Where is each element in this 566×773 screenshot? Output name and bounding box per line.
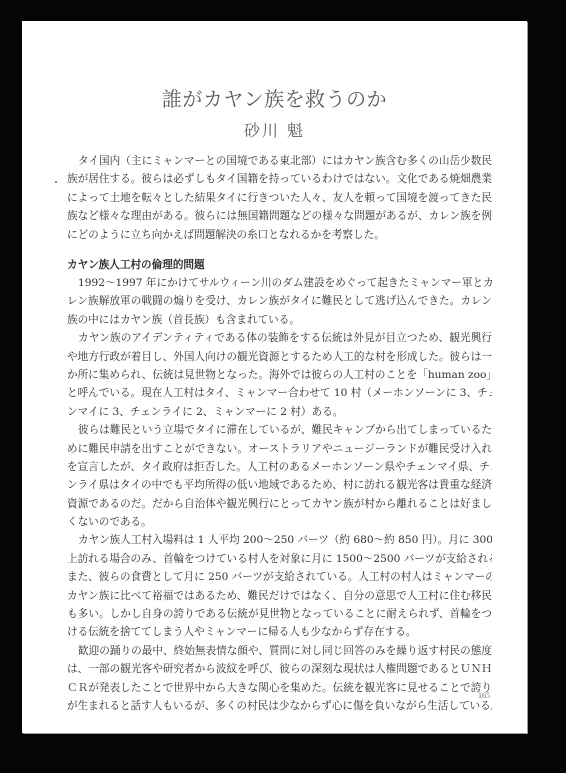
body-line: カヤン族人工村入場料は 1 人平均 200～250 バーツ（約 680～約 85… [67, 531, 492, 549]
body-line: カヤン族に比べて裕福ではあるため、難民だけではなく、自分の意思で人工村に住む移民 [67, 587, 492, 605]
abstract-line: 族など様々な理由がある。彼らには無国籍問題などの様々な問題があるが、カレン族を例 [67, 207, 492, 225]
body-line: 歓迎の踊りの最中、終始無表情な顔や、質問に対し同じ回答のみを繰り返す村民の態度 [67, 642, 492, 660]
body-line: は、一部の観光客や研究者から波紋を呼び、彼らの深刻な現状は人権問題であるとＵＮＨ [67, 660, 492, 678]
abstract-line: によって土地を転々とした結果タイに行きついた人々、友人を頼って国境を渡ってきた民 [67, 189, 492, 207]
author-name: 砂川 魁 [22, 121, 527, 141]
body-line: 上訪れる場合のみ、首輪をつけている村人を対象に月に 1500～2500 バーツが… [67, 550, 492, 568]
document-page: 誰がカヤン族を救うのか 砂川 魁 タイ国内（主にミャンマーとの国境である東北部）… [22, 21, 527, 733]
body-line: 彼らは難民という立場でタイに滞在しているが、難民キャンプから出てしまっているた [67, 421, 492, 439]
body-line: 族の中にはカヤン族（首長族）も含まれている。 [67, 311, 492, 329]
section-heading: カヤン族人工村の倫理的問題 [67, 256, 205, 274]
body-line: カヤン族のアイデンティティである体の装飾をする伝統は外見が目立つため、観光興行 [67, 329, 492, 347]
body-line: ける伝統を捨ててしまう人やミャンマーに帰る人も少なからず存在する。 [67, 623, 492, 641]
page-number: 165 [478, 691, 490, 700]
abstract-line: 族が居住する。彼らは必ずしもタイ国籍を持っているわけではない。文化である焼畑農業 [67, 170, 492, 188]
body-line: も多い。しかし自身の誇りである伝統が見世物となっていることに耐えられず、首輪をつ [67, 605, 492, 623]
body-line: めに難民申請を出すことができない。オーストラリアやニュージーランドが難民受け入れ [67, 440, 492, 458]
body-line: を宣言したが、タイ政府は拒否した。人工村のあるメーホンソーン県やチェンマイ県、チ… [67, 458, 492, 476]
body-line: が生まれると話す人もいるが、多くの村民は少なからず心に傷を負いながら生活している… [67, 697, 492, 715]
body-line: ンマイに 3、チェンライに 2、ミャンマーに 2 村）ある。 [67, 403, 492, 421]
body-line: か所に集められ、伝統は見世物となった。海外では彼らの人工村のことを「human … [67, 366, 492, 384]
body-line: ＣＲが発表したことで世界中から大きな関心を集めた。伝統を観光客に見せることで誇り [67, 679, 492, 697]
scan-speck [55, 181, 57, 183]
page-title: 誰がカヤン族を救うのか [22, 87, 527, 111]
body-line: 資源であるのだ。だから自治体や観光興行にとってカヤン族が村から離れることは好まし [67, 495, 492, 513]
body-line: また、彼らの食費として月に 250 バーツが支給されている。人工村の村人はミャン… [67, 568, 492, 586]
body-line: くないのである。 [67, 513, 492, 531]
body-line: や地方行政が着目し、外国人向けの観光資源とするため人工的な村を形成した。彼らは一 [67, 348, 492, 366]
abstract-line: にどのように立ち向かえば問題解決の糸口となれるかを考察した。 [67, 226, 492, 244]
body-line: 1992～1997 年にかけてサルウィーン川のダム建設をめぐって起きたミャンマー… [67, 274, 492, 292]
body-line: レン族解放軍の戦闘の煽りを受け、カレン族がタイに難民として逃げ込んできた。カレン [67, 292, 492, 310]
body-line: ンライ県はタイの中でも平均所得の低い地域であるため、村に訪れる観光客は貴重な経済 [67, 476, 492, 494]
abstract-line: タイ国内（主にミャンマーとの国境である東北部）にはカヤン族含む多くの山岳少数民 [67, 152, 492, 170]
section-body: 1992～1997 年にかけてサルウィーン川のダム建設をめぐって起きたミャンマー… [67, 274, 492, 715]
body-line: と呼んでいる。現在人工村はタイ、ミャンマー合わせて 10 村（メーホンソーンに … [67, 384, 492, 402]
abstract: タイ国内（主にミャンマーとの国境である東北部）にはカヤン族含む多くの山岳少数民 … [67, 152, 492, 244]
